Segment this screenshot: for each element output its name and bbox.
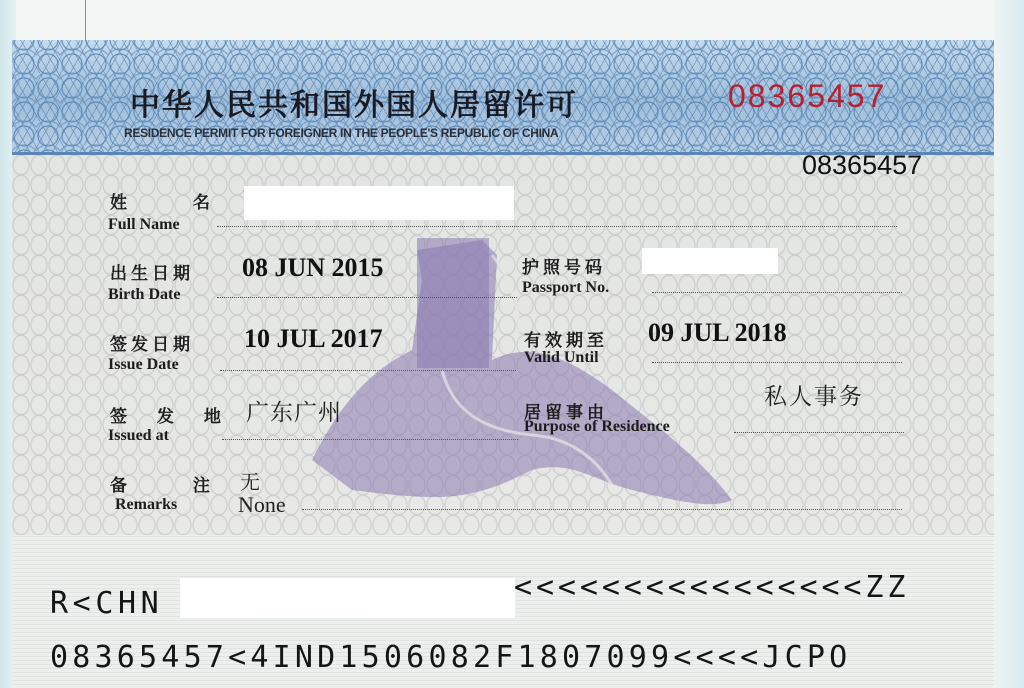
issued-at-label-en: Issued at <box>108 427 169 445</box>
title-english: RESIDENCE PERMIT FOR FOREIGNER IN THE PE… <box>124 126 558 140</box>
full-name-underline <box>217 226 897 227</box>
issue-date-underline <box>220 370 516 371</box>
serial-number-red: 08365457 <box>728 78 886 115</box>
purpose-label-en: Purpose of Residence <box>524 418 670 436</box>
issued-at-underline <box>222 439 518 440</box>
valid-until-label-cn: 有效期至 <box>524 326 608 351</box>
birth-date-value: 08 JUN 2015 <box>242 253 384 283</box>
full-name-label-en: Full Name <box>108 216 180 234</box>
purpose-value: 私人事务 <box>764 378 864 411</box>
remarks-value-en: None <box>238 492 286 518</box>
remarks-value-cn: 无 <box>240 466 260 495</box>
mrz-line-2: 08365457<4IND1506082F1807099<<<<JCPO <box>50 640 851 675</box>
valid-until-label-en: Valid Until <box>524 349 599 367</box>
issued-at-label-cn: 签 发 地 <box>110 402 233 427</box>
passport-no-label-cn: 护照号码 <box>522 253 606 278</box>
fold-line <box>85 0 86 45</box>
birth-date-label-cn: 出生日期 <box>110 259 194 284</box>
birth-date-label-en: Birth Date <box>108 286 180 304</box>
passport-no-redacted <box>642 248 778 274</box>
mrz-line-1-suffix: <<<<<<<<<<<<<<<<ZZ <box>514 570 909 605</box>
full-name-redacted <box>244 186 514 220</box>
valid-until-value: 09 JUL 2018 <box>648 318 787 348</box>
issue-date-label-cn: 签发日期 <box>110 330 194 355</box>
passport-no-label-en: Passport No. <box>522 279 609 297</box>
scan-background-right <box>994 0 1024 688</box>
mrz-line-1-prefix: R<CHN <box>50 586 163 621</box>
mrz-name-redacted <box>180 578 515 618</box>
passport-no-underline <box>652 292 902 293</box>
issue-date-label-en: Issue Date <box>108 356 179 374</box>
issued-at-value: 广东广州 <box>246 394 342 427</box>
valid-until-underline <box>652 362 902 363</box>
issue-date-value: 10 JUL 2017 <box>244 324 383 354</box>
remarks-label-cn: 备 注 <box>110 471 240 496</box>
purpose-underline <box>734 432 904 433</box>
title-chinese: 中华人民共和国外国人居留许可 <box>130 80 578 124</box>
remarks-label-en: Remarks <box>115 496 177 514</box>
remarks-underline <box>302 509 902 510</box>
serial-number: 08365457 <box>802 150 922 181</box>
full-name-label-cn: 姓 名 <box>110 188 240 213</box>
birth-date-underline <box>217 297 517 298</box>
